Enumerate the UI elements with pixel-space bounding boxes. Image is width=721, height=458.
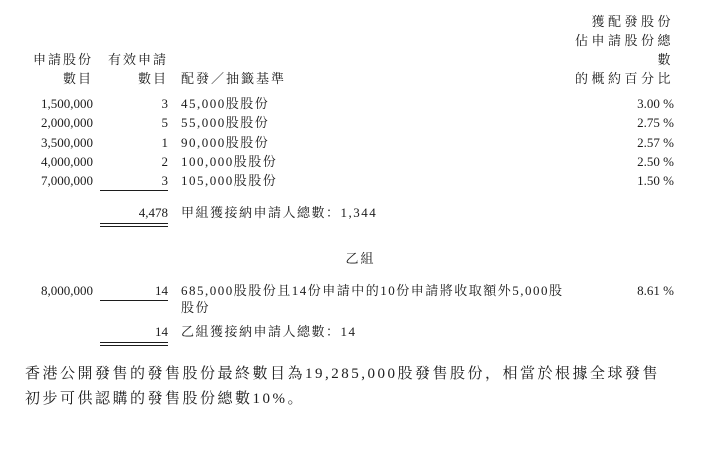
- pct-cell: 2.75 %: [574, 113, 674, 132]
- header-applied-shares: 申請股份 數目: [0, 50, 93, 88]
- valid-count-cell: 1: [93, 133, 168, 152]
- table-row: 1,500,000 3 45,000股股份 3.00 %: [0, 94, 674, 113]
- valid-count-cell: 3: [93, 171, 168, 191]
- basis-cell: 100,000股股份: [168, 152, 574, 171]
- table-row: 2,000,000 5 55,000股股份 2.75 %: [0, 113, 674, 132]
- table-row: 3,500,000 1 90,000股股份 2.57 %: [0, 133, 674, 152]
- group-b-total-valid: 14: [93, 323, 168, 346]
- group-b-total-row: 14 乙組獲接納申請人總數：14: [0, 323, 674, 346]
- valid-count-cell: 5: [93, 113, 168, 132]
- group-b-total-note: 乙組獲接納申請人總數：14: [168, 323, 574, 346]
- group-b-title: 乙組: [0, 249, 721, 268]
- header-percentage: 獲配發股份 佔申請股份總數 的概約百分比: [574, 12, 674, 88]
- applied-shares-cell: 1,500,000: [0, 94, 93, 113]
- applied-shares-cell: 2,000,000: [0, 113, 93, 132]
- group-b-total-double-underline: 14: [100, 324, 168, 346]
- basis-cell: 685,000股股份且14份申請中的10份申請將收取額外5,000股股份: [168, 282, 574, 316]
- group-a-total-note: 甲組獲接納申請人總數：1,344: [168, 204, 574, 227]
- group-a-total-valid: 4,478: [93, 204, 168, 227]
- pct-cell: 2.57 %: [574, 133, 674, 152]
- footnote-line1: 香港公開發售的發售股份最終數目為19,285,000股發售股份，相當於根據全球發…: [25, 362, 705, 387]
- table-header-row: 申請股份 數目 有效申請 數目 配發／抽籤基準 獲配發股份 佔申請股份總數 的概…: [0, 12, 674, 88]
- table-row: 7,000,000 3 105,000股股份 1.50 %: [0, 171, 674, 190]
- group-a-total-row: 4,478 甲組獲接納申請人總數：1,344: [0, 204, 674, 227]
- allotment-results-document: 申請股份 數目 有效申請 數目 配發／抽籤基準 獲配發股份 佔申請股份總數 的概…: [0, 0, 721, 458]
- footnote-paragraph: 香港公開發售的發售股份最終數目為19,285,000股發售股份，相當於根據全球發…: [0, 362, 705, 412]
- group-b-row: 8,000,000 14 685,000股股份且14份申請中的10份申請將收取額…: [0, 282, 674, 316]
- applied-shares-cell: 3,500,000: [0, 133, 93, 152]
- footnote-line2: 初步可供認購的發售股份總數10%。: [25, 387, 705, 412]
- basis-cell: 90,000股股份: [168, 133, 574, 152]
- applied-shares-cell: 4,000,000: [0, 152, 93, 171]
- valid-count-cell: 3: [93, 94, 168, 113]
- header-percentage-line1: 獲配發股份: [574, 12, 674, 31]
- header-percentage-line3: 的概約百分比: [574, 69, 674, 88]
- header-basis: 配發／抽籤基準: [168, 69, 574, 88]
- basis-cell: 105,000股股份: [168, 171, 574, 191]
- pct-cell: 3.00 %: [574, 94, 674, 113]
- pct-cell: 8.61 %: [574, 282, 674, 316]
- pct-cell: 2.50 %: [574, 152, 674, 171]
- header-valid-applications: 有效申請 數目: [93, 50, 168, 88]
- group-a-total-double-underline: 4,478: [100, 205, 168, 227]
- applied-shares-cell: 7,000,000: [0, 171, 93, 191]
- header-valid-applications-line2: 數目: [93, 69, 168, 88]
- valid-count-cell: 14: [93, 282, 168, 316]
- group-a-rows: 1,500,000 3 45,000股股份 3.00 % 2,000,000 5…: [0, 94, 674, 190]
- header-valid-applications-line1: 有效申請: [93, 50, 168, 69]
- group-b-row-underline: 14: [100, 283, 168, 301]
- applied-shares-cell: 8,000,000: [0, 282, 93, 316]
- header-percentage-line2: 佔申請股份總數: [574, 31, 674, 69]
- valid-count-cell: 2: [93, 152, 168, 171]
- table-row: 4,000,000 2 100,000股股份 2.50 %: [0, 152, 674, 171]
- basis-cell: 45,000股股份: [168, 94, 574, 113]
- pct-cell: 1.50 %: [574, 171, 674, 191]
- basis-cell: 55,000股股份: [168, 113, 574, 132]
- last-row-underline: 3: [100, 173, 168, 191]
- header-applied-shares-line2: 數目: [0, 69, 93, 88]
- header-applied-shares-line1: 申請股份: [0, 50, 93, 69]
